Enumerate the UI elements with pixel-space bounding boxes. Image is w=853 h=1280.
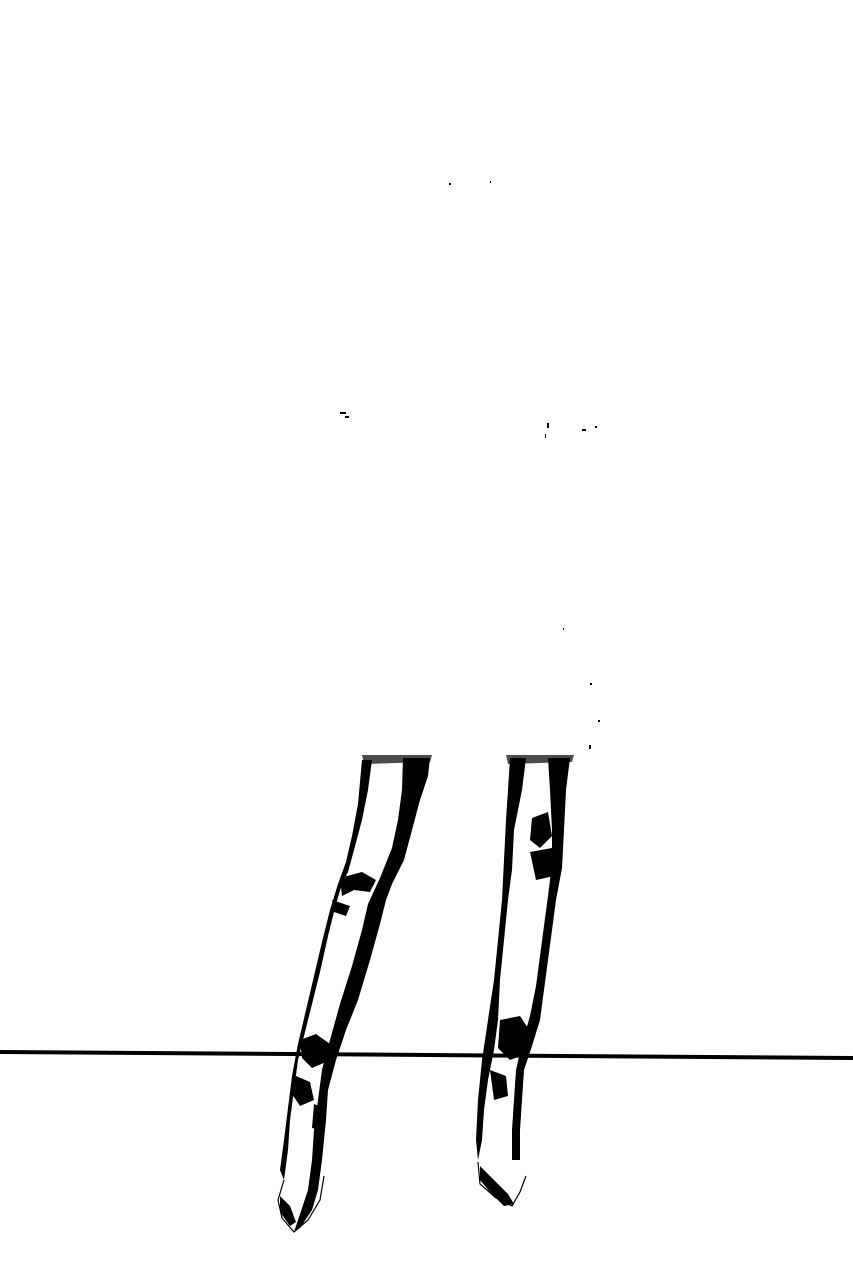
photo-canvas	[0, 0, 853, 1280]
background	[0, 0, 853, 1280]
